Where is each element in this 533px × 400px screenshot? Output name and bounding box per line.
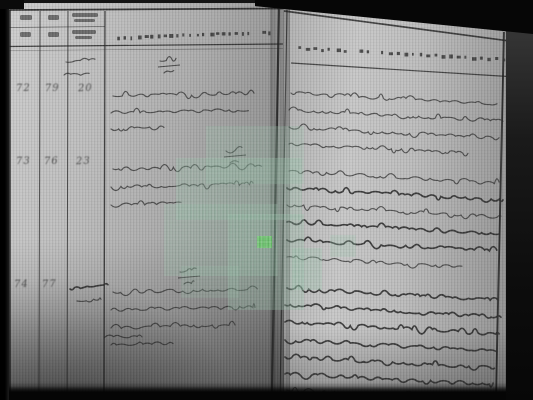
left-entry-2-handwriting	[111, 181, 253, 191]
left-entry-1-handwriting	[113, 90, 254, 98]
printed-title-letter-mark	[480, 57, 483, 60]
entry-number-fraction-mark	[180, 268, 196, 272]
entry-number-fraction-bar	[224, 155, 246, 157]
left-entry-2-handwriting	[113, 163, 262, 171]
printed-title-letter-mark	[405, 53, 409, 57]
row1-serial-number-1: 72	[16, 83, 31, 95]
left-entry-2-handwriting	[111, 201, 181, 207]
entry-number-fraction-bar	[178, 276, 200, 278]
table-rule-line	[9, 44, 283, 47]
right-entry-3-handwriting	[285, 340, 497, 352]
right-entry-1-handwriting	[289, 143, 468, 156]
header-cell-text-smudge	[20, 15, 32, 20]
right-black-frame	[506, 0, 533, 400]
printed-title-letter-mark	[197, 34, 199, 37]
printed-title-letter-mark	[117, 37, 120, 41]
printed-title-letter-mark	[124, 36, 127, 39]
table-rule-line	[39, 11, 40, 393]
right-entry-3-handwriting	[287, 286, 498, 301]
right-entry-3-handwriting	[285, 354, 495, 370]
entry-number-fraction-mark	[164, 71, 174, 73]
header-cell-text-smudge	[75, 36, 92, 39]
printed-title-letter-mark	[150, 35, 153, 39]
row3-serial-number-1: 74	[14, 279, 29, 291]
table-rule-line	[67, 11, 68, 393]
header-cell-text-smudge	[72, 30, 96, 34]
printed-title-letter-mark	[328, 48, 330, 51]
header-cell-text-smudge	[48, 15, 59, 20]
printed-title-letter-mark	[360, 50, 364, 53]
printed-title-letter-mark	[235, 32, 238, 35]
left-entry-3-handwriting	[104, 335, 142, 338]
printed-title-letter-mark	[164, 35, 167, 38]
right-entry-1-handwriting	[291, 92, 497, 105]
printed-title-letter-mark	[337, 49, 341, 53]
right-entry-2-handwriting	[287, 205, 501, 219]
printed-title-letter-mark	[426, 55, 430, 58]
header-cell-text-smudge	[48, 32, 59, 37]
printed-title-letter-mark	[242, 32, 244, 36]
printed-title-letter-mark	[145, 35, 149, 38]
printed-title-letter-mark	[313, 47, 317, 50]
printed-title-letter-mark	[247, 32, 249, 35]
printed-title-letter-mark	[367, 50, 369, 53]
row2-day-number: 23	[76, 156, 91, 168]
entry-number-fraction-mark	[230, 161, 238, 163]
printed-title-letter-mark	[216, 32, 219, 35]
printed-title-letter-mark	[210, 33, 214, 37]
table-and-handwriting-art	[0, 0, 533, 400]
entry-number-fraction-mark	[226, 147, 242, 153]
right-entry-3-handwriting	[285, 320, 499, 334]
right-entry-1-handwriting	[289, 107, 503, 121]
printed-title-letter-mark	[189, 34, 191, 37]
left-entry-3-handwriting	[111, 321, 235, 329]
printed-title-letter-mark	[298, 46, 301, 49]
printed-title-letter-mark	[435, 54, 438, 57]
row3-serial-number-2: 77	[42, 279, 57, 291]
printed-title-letter-mark	[464, 56, 466, 59]
printed-title-letter-mark	[306, 48, 310, 51]
left-black-frame	[0, 0, 9, 400]
top-left-black-corner	[0, 0, 24, 9]
left-entry-1-handwriting	[111, 108, 248, 113]
entry-number-fraction-mark	[160, 57, 176, 62]
printed-title-letter-mark	[262, 31, 266, 34]
printed-title-letter-mark	[503, 59, 505, 62]
right-entry-2-handwriting	[287, 188, 503, 202]
printed-title-letter-mark	[412, 53, 414, 56]
printed-title-letter-mark	[420, 53, 422, 57]
right-entry-2-handwriting	[287, 220, 499, 235]
header-cell-text-smudge	[74, 19, 95, 22]
printed-title-letter-mark	[131, 36, 133, 40]
printed-title-letter-mark	[222, 32, 226, 35]
printed-title-letter-mark	[138, 36, 142, 40]
header-cell-text-smudge	[20, 32, 31, 37]
table-rule-line	[291, 63, 532, 78]
printed-title-letter-mark	[442, 55, 446, 59]
printed-title-letter-mark	[321, 49, 324, 52]
month-word-handwriting	[77, 298, 101, 302]
left-entry-3-handwriting	[111, 342, 173, 345]
row2-serial-number-1: 73	[16, 156, 31, 168]
archival-register-photo: 72 79 20 73 76 23 74 77	[0, 0, 533, 400]
printed-title-letter-mark	[381, 51, 383, 54]
right-entry-2-handwriting	[289, 170, 499, 184]
printed-title-letter-mark	[472, 57, 477, 61]
right-entry-3-handwriting	[285, 304, 501, 318]
left-entry-3-handwriting	[111, 304, 255, 311]
entry-number-fraction-bar	[158, 65, 180, 67]
printed-title-letter-mark	[344, 50, 347, 53]
printed-title-letter-mark	[158, 34, 161, 38]
table-rule-line	[272, 8, 279, 396]
printed-title-letter-mark	[487, 58, 490, 61]
left-entry-1-handwriting	[111, 126, 164, 131]
right-entry-2-handwriting	[287, 237, 497, 251]
printed-title-letter-mark	[176, 34, 178, 37]
printed-title-letter-mark	[202, 33, 204, 36]
left-entry-3-handwriting	[113, 286, 257, 296]
printed-title-letter-mark	[182, 33, 184, 36]
table-rule-line	[8, 9, 283, 11]
row2-serial-number-2: 76	[44, 156, 59, 168]
row1-day-number: 20	[78, 83, 93, 95]
printed-title-letter-mark	[169, 34, 173, 38]
printed-title-letter-mark	[228, 32, 230, 35]
bottom-black-frame	[0, 382, 533, 400]
month-word-handwriting	[66, 58, 95, 62]
table-rule-line	[280, 10, 287, 396]
printed-title-letter-mark	[457, 56, 461, 59]
header-cell-text-smudge	[72, 13, 98, 17]
table-rule-line	[496, 32, 504, 396]
table-rule-line	[9, 49, 283, 51]
printed-title-letter-mark	[495, 57, 498, 60]
printed-title-letter-mark	[268, 31, 270, 35]
right-entry-1-handwriting	[289, 124, 499, 140]
month-word-handwriting	[70, 284, 108, 290]
entry-number-fraction-mark	[184, 281, 194, 284]
row1-serial-number-2: 79	[45, 83, 60, 95]
printed-title-letter-mark	[397, 52, 400, 55]
printed-title-letter-mark	[389, 52, 393, 55]
printed-title-letter-mark	[449, 55, 453, 59]
right-entry-2-handwriting	[287, 256, 462, 268]
table-rule-line	[9, 27, 105, 28]
